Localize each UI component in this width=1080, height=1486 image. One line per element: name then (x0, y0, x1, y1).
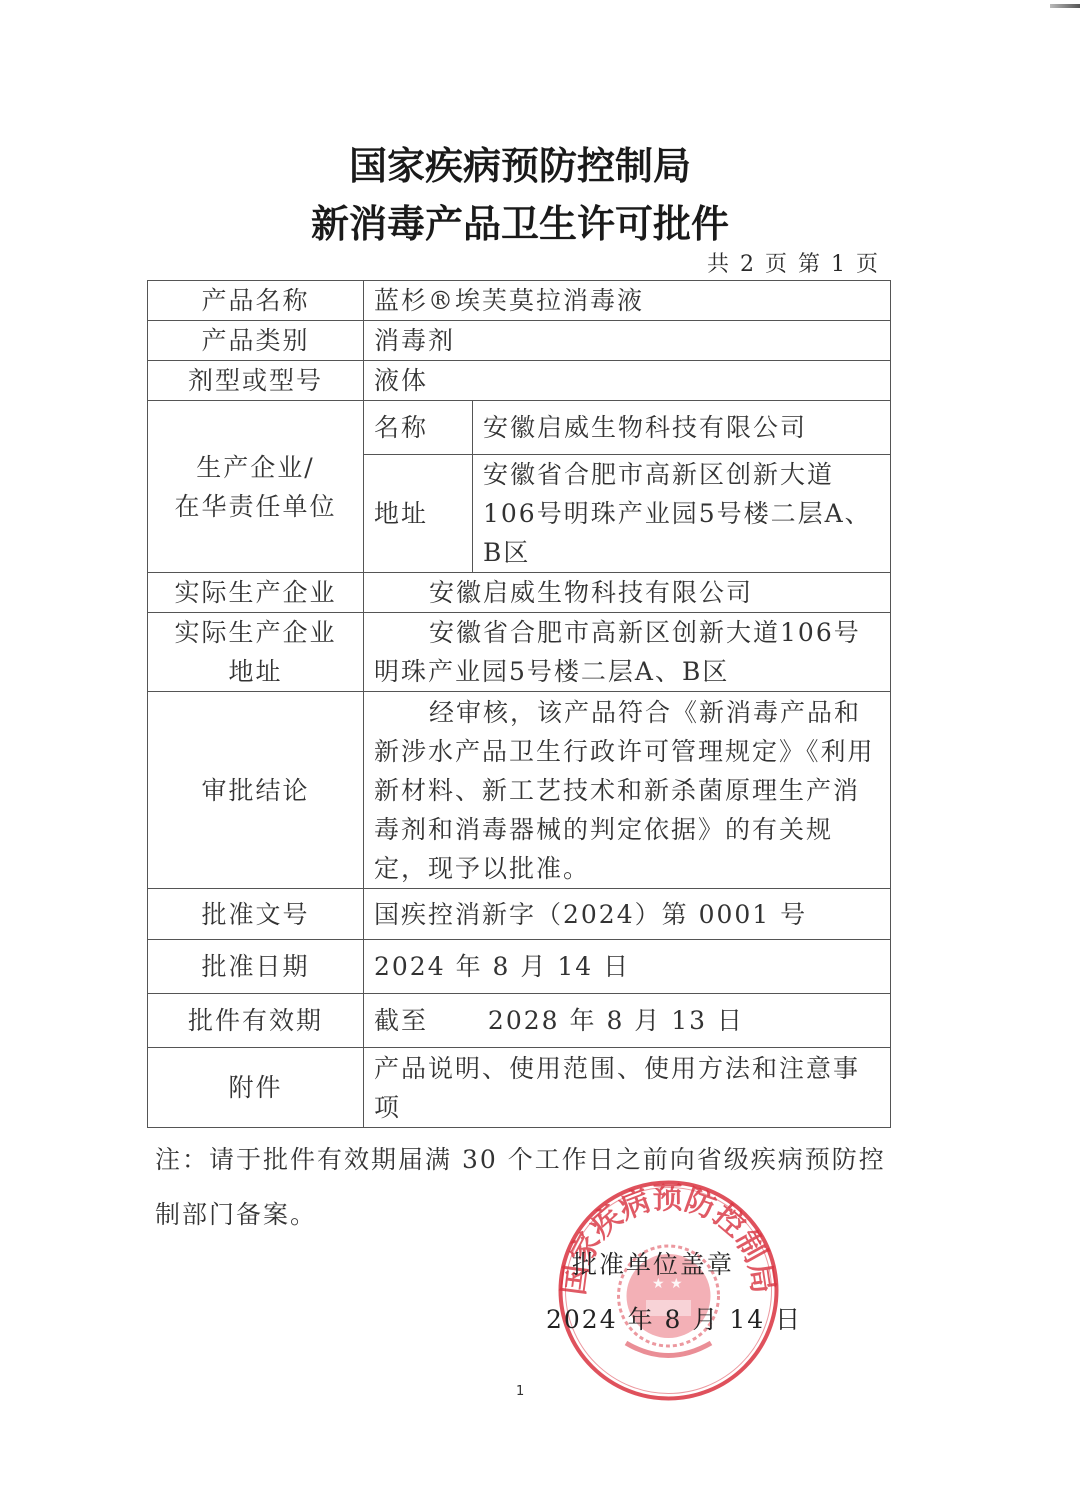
stamp-date: 2024 年 8 月 14 日 (546, 1300, 802, 1336)
page-corner-mark (1050, 4, 1080, 8)
label-approval-conclusion: 审批结论 (148, 692, 364, 889)
label-actual-manufacturer: 实际生产企业 (148, 573, 364, 613)
row-product-name: 产品名称 蓝杉®埃芙莫拉消毒液 (148, 281, 891, 321)
label-actual-manufacturer-address: 实际生产企业 地址 (148, 613, 364, 692)
label-dosage-form: 剂型或型号 (148, 361, 364, 401)
value-validity: 截至 2028 年 8 月 13 日 (364, 994, 891, 1048)
row-validity: 批件有效期 截至 2028 年 8 月 13 日 (148, 994, 891, 1048)
label-actual-address-line2: 地址 (158, 652, 353, 691)
row-approval-date: 批准日期 2024 年 8 月 14 日 (148, 940, 891, 994)
issuer-title: 国家疾病预防控制局 (0, 135, 1040, 190)
row-actual-manufacturer-address: 实际生产企业 地址 安徽省合肥市高新区创新大道106号明珠产业园5号楼二层A、B… (148, 613, 891, 692)
row-approval-conclusion: 审批结论 经审核，该产品符合《新消毒产品和新涉水产品卫生行政许可管理规定》《利用… (148, 692, 891, 889)
label-manufacturer-line1: 生产企业/ (158, 448, 353, 487)
value-actual-manufacturer: 安徽启威生物科技有限公司 (364, 573, 891, 613)
row-approval-number: 批准文号 国疾控消新字（2024）第 0001 号 (148, 889, 891, 940)
label-attachments: 附件 (148, 1048, 364, 1128)
label-manufacturer-name: 名称 (364, 401, 473, 455)
value-manufacturer-address: 安徽省合肥市高新区创新大道106号明珠产业园5号楼二层A、B区 (473, 455, 891, 573)
label-actual-address-line1: 实际生产企业 (158, 613, 353, 652)
value-dosage-form: 液体 (364, 361, 891, 401)
label-manufacturer: 生产企业/ 在华责任单位 (148, 401, 364, 573)
row-product-category: 产品类别 消毒剂 (148, 321, 891, 361)
label-manufacturer-line2: 在华责任单位 (158, 487, 353, 526)
row-attachments: 附件 产品说明、使用范围、使用方法和注意事项 (148, 1048, 891, 1128)
document-title: 新消毒产品卫生许可批件 (0, 193, 1040, 248)
validity-date: 2028 年 8 月 13 日 (488, 1006, 744, 1035)
official-seal-icon: 国家疾病预防控制局 ★ ★ (556, 1178, 781, 1403)
stamp-label: 批准单位盖章 (572, 1245, 734, 1281)
value-approval-number: 国疾控消新字（2024）第 0001 号 (364, 889, 891, 940)
validity-prefix: 截至 (374, 1006, 428, 1035)
row-actual-manufacturer: 实际生产企业 安徽启威生物科技有限公司 (148, 573, 891, 613)
label-product-category: 产品类别 (148, 321, 364, 361)
label-approval-date: 批准日期 (148, 940, 364, 994)
label-approval-number: 批准文号 (148, 889, 364, 940)
row-manufacturer-name: 生产企业/ 在华责任单位 名称 安徽启威生物科技有限公司 (148, 401, 891, 455)
label-product-name: 产品名称 (148, 281, 364, 321)
value-attachments: 产品说明、使用范围、使用方法和注意事项 (364, 1048, 891, 1128)
row-dosage-form: 剂型或型号 液体 (148, 361, 891, 401)
value-manufacturer-name: 安徽启威生物科技有限公司 (473, 401, 891, 455)
value-actual-manufacturer-address: 安徽省合肥市高新区创新大道106号明珠产业园5号楼二层A、B区 (364, 613, 891, 692)
page-count: 共 2 页 第 1 页 (707, 247, 880, 278)
label-validity: 批件有效期 (148, 994, 364, 1048)
page-number: 1 (516, 1384, 524, 1399)
value-approval-date: 2024 年 8 月 14 日 (364, 940, 891, 994)
label-manufacturer-address: 地址 (364, 455, 473, 573)
value-approval-conclusion: 经审核，该产品符合《新消毒产品和新涉水产品卫生行政许可管理规定》《利用新材料、新… (364, 692, 891, 889)
value-product-category: 消毒剂 (364, 321, 891, 361)
value-product-name: 蓝杉®埃芙莫拉消毒液 (364, 281, 891, 321)
permit-table: 产品名称 蓝杉®埃芙莫拉消毒液 产品类别 消毒剂 剂型或型号 液体 生产企业/ … (147, 280, 891, 1128)
